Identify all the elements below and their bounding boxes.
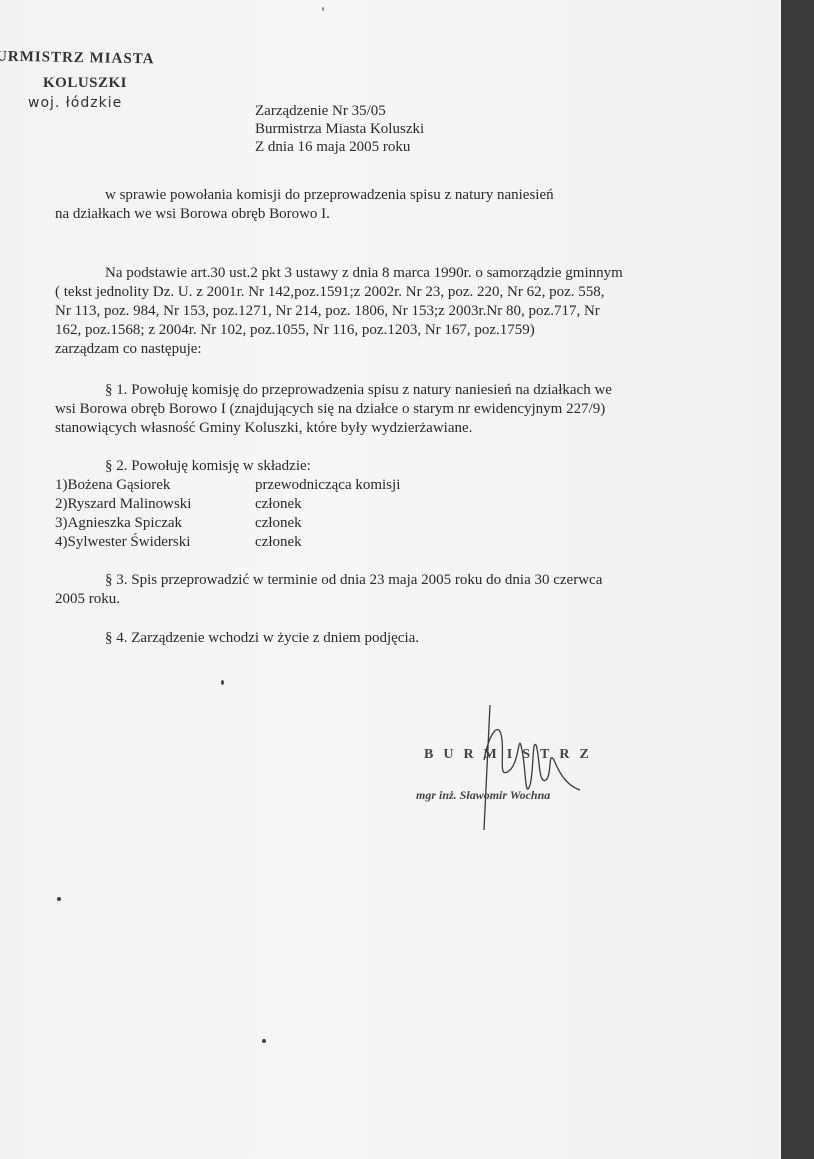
par3-line-2: 2005 roku. — [55, 590, 602, 609]
scan-speck — [262, 1039, 266, 1043]
member-row: 2)Ryszard Malinowski członek — [55, 495, 400, 514]
scan-speck — [57, 897, 61, 901]
basis-line: Nr 113, poz. 984, Nr 153, poz.1271, Nr 2… — [55, 302, 623, 321]
par1-line: § 1. Powołuję komisję do przeprowadzenia… — [55, 381, 612, 400]
handwritten-signature — [470, 700, 620, 840]
par1-line: wsi Borowa obręb Borowo I (znajdujących … — [55, 400, 612, 419]
subject: w sprawie powołania komisji do przeprowa… — [55, 186, 554, 224]
member-role: przewodnicząca komisji — [255, 476, 400, 495]
basis-line: zarządzam co następuje: — [55, 340, 623, 359]
stamp-line-2: KOLUSZKI — [43, 75, 127, 92]
scan-speck — [221, 680, 224, 685]
member-role: członek — [255, 533, 302, 552]
basis-line: Na podstawie art.30 ust.2 pkt 3 ustawy z… — [55, 264, 623, 283]
par3-line-1: § 3. Spis przeprowadzić w terminie od dn… — [55, 571, 602, 590]
member-row: 4)Sylwester Świderski członek — [55, 533, 400, 552]
member-name: 4)Sylwester Świderski — [55, 533, 255, 552]
document-title: Zarządzenie Nr 35/05 — [255, 102, 424, 120]
legal-basis: Na podstawie art.30 ust.2 pkt 3 ustawy z… — [55, 264, 623, 359]
paragraph-4: § 4. Zarządzenie wchodzi w życie z dniem… — [55, 629, 419, 648]
basis-line: ( tekst jednolity Dz. U. z 2001r. Nr 142… — [55, 283, 623, 302]
stamp-line-1: URMISTRZ MIASTA — [0, 49, 155, 69]
paragraph-1: § 1. Powołuję komisję do przeprowadzenia… — [55, 381, 612, 438]
stamp-line-3: woj. łódzkie — [28, 95, 122, 111]
signature-title: BURMISTRZ — [424, 747, 599, 763]
paragraph-3: § 3. Spis przeprowadzić w terminie od dn… — [55, 571, 602, 609]
member-row: 1)Bożena Gąsiorek przewodnicząca komisji — [55, 476, 400, 495]
committee-members: 1)Bożena Gąsiorek przewodnicząca komisji… — [55, 476, 400, 552]
document-date: Z dnia 16 maja 2005 roku — [255, 138, 424, 156]
scan-edge-shadow — [781, 0, 814, 1159]
document-issuer: Burmistrza Miasta Koluszki — [255, 120, 424, 138]
member-name: 3)Agnieszka Spiczak — [55, 514, 255, 533]
paragraph-2-heading: § 2. Powołuję komisję w składzie: — [55, 457, 311, 476]
signature-name: mgr inż. Sławomir Wochna — [416, 788, 550, 803]
par1-line: stanowiących własność Gminy Koluszki, kt… — [55, 419, 612, 438]
subject-line-1: w sprawie powołania komisji do przeprowa… — [55, 186, 554, 205]
basis-line: 162, poz.1568; z 2004r. Nr 102, poz.1055… — [55, 321, 623, 340]
scan-speck — [322, 7, 324, 11]
member-name: 2)Ryszard Malinowski — [55, 495, 255, 514]
member-role: członek — [255, 495, 302, 514]
par4-line-1: § 4. Zarządzenie wchodzi w życie z dniem… — [55, 629, 419, 648]
member-role: członek — [255, 514, 302, 533]
member-row: 3)Agnieszka Spiczak członek — [55, 514, 400, 533]
subject-line-2: na działkach we wsi Borowa obręb Borowo … — [55, 205, 554, 224]
document-header: Zarządzenie Nr 35/05 Burmistrza Miasta K… — [255, 102, 424, 156]
member-name: 1)Bożena Gąsiorek — [55, 476, 255, 495]
